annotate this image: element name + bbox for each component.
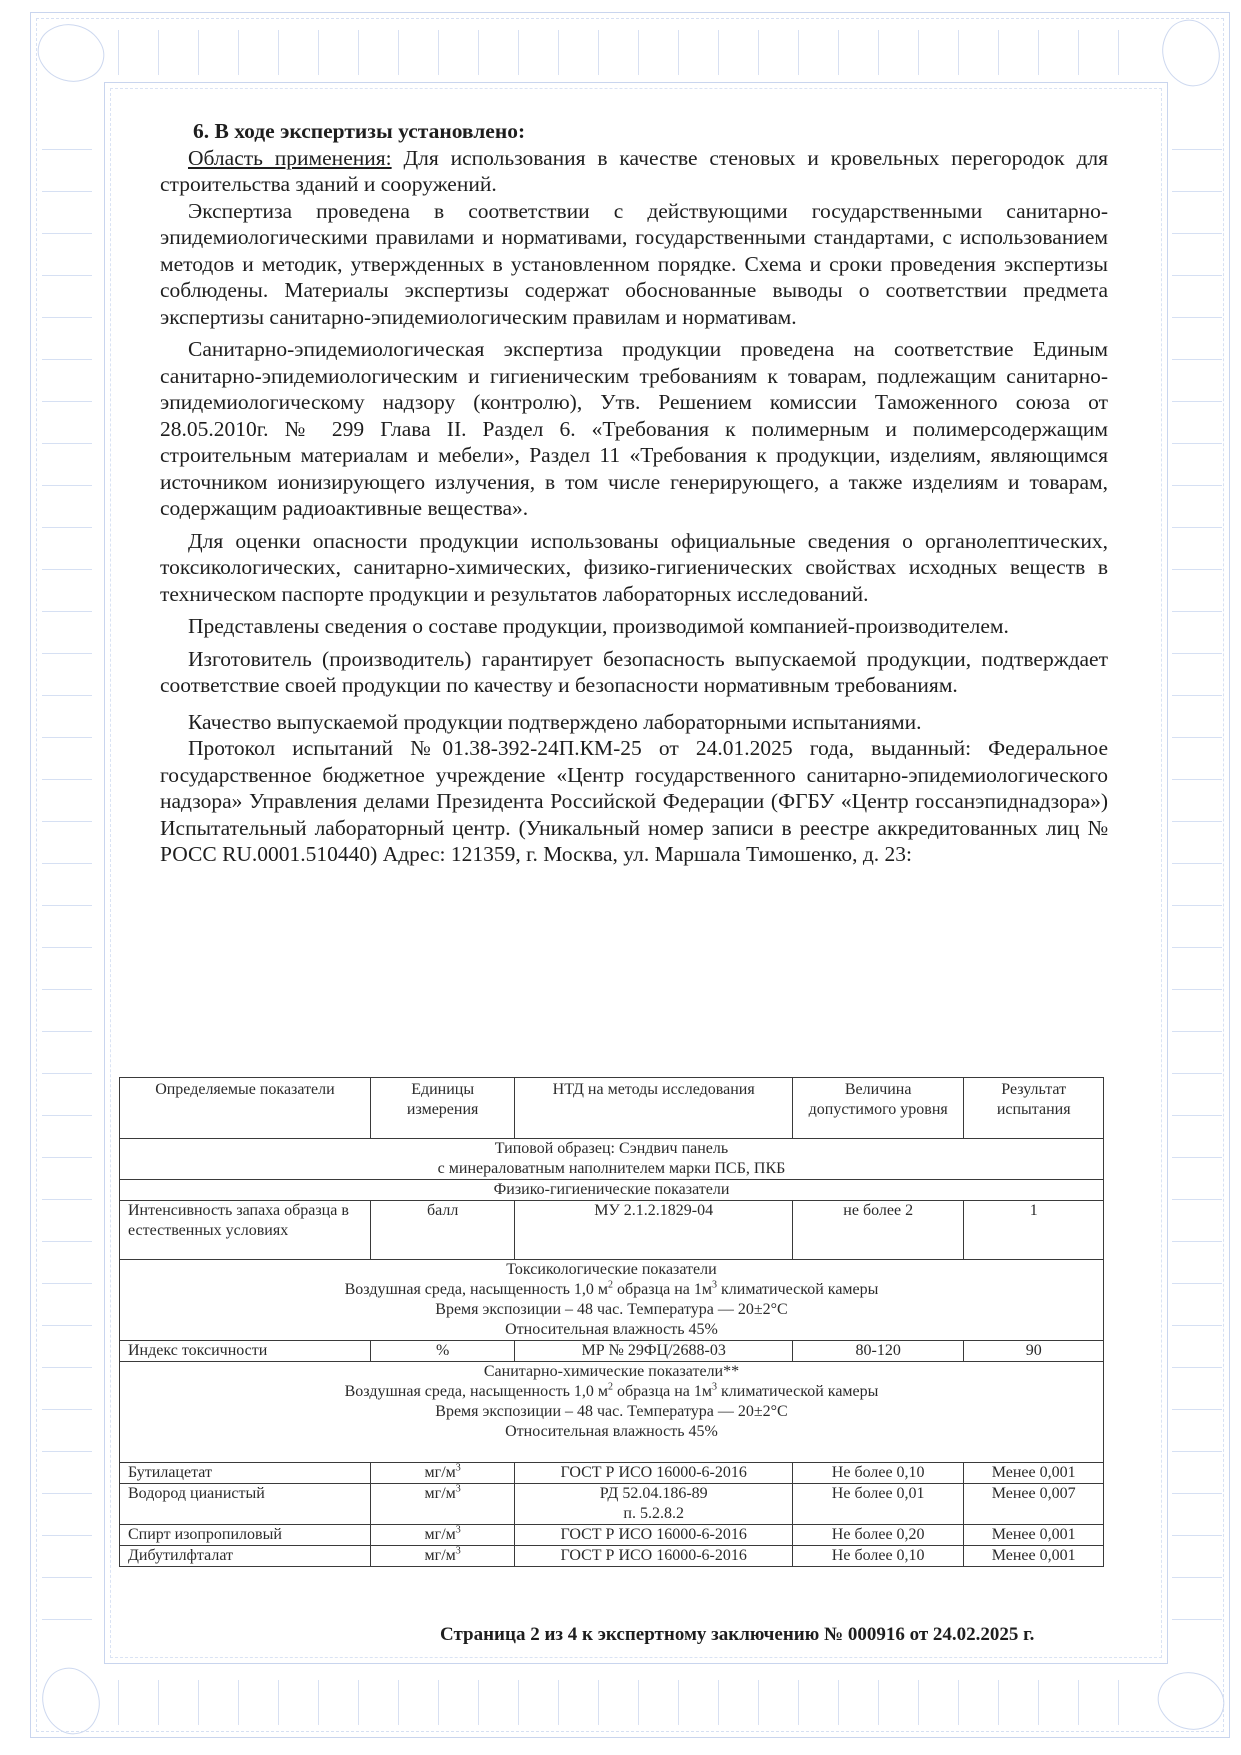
paragraph: Качество выпускаемой продукции подтвержд… xyxy=(160,709,1108,736)
header-cell: Результат испытания xyxy=(964,1078,1104,1139)
corner-ornament-icon xyxy=(29,11,114,96)
unit-cell: мг/м3 xyxy=(370,1484,515,1525)
section-heading: 6. В ходе экспертизы установлено: xyxy=(193,118,1108,145)
section-title-row: Физико-гигиенические показатели xyxy=(120,1180,1104,1201)
header-cell: НТД на методы исследования xyxy=(515,1078,793,1139)
section-title: Физико-гигиенические показатели xyxy=(120,1180,1104,1201)
table-row: Индекс токсичности % МР № 29ФЦ/2688-03 8… xyxy=(120,1341,1104,1362)
limit-cell: Не более 0,01 xyxy=(792,1484,963,1525)
indicator-cell: Бутилацетат xyxy=(120,1463,371,1484)
method-cell: МУ 2.1.2.1829-04 xyxy=(515,1201,793,1260)
result-cell: 1 xyxy=(964,1201,1104,1260)
method-cell: ГОСТ Р ИСО 16000-6-2016 xyxy=(515,1546,793,1567)
header-cell: Единицы измерения xyxy=(370,1078,515,1139)
method-cell: ГОСТ Р ИСО 16000-6-2016 xyxy=(515,1525,793,1546)
method-cell: РД 52.04.186-89п. 5.2.8.2 xyxy=(515,1484,793,1525)
ornament-band-bottom xyxy=(100,1680,1140,1725)
page-footer: Страница 2 из 4 к экспертному заключению… xyxy=(440,1624,1034,1646)
limit-cell: Не более 0,10 xyxy=(792,1546,963,1567)
table-row: Интенсивность запаха образца в естествен… xyxy=(120,1201,1104,1260)
table-row: Водород цианистыймг/м3РД 52.04.186-89п. … xyxy=(120,1484,1104,1525)
corner-ornament-icon xyxy=(1149,1659,1234,1744)
sample-row: Типовой образец: Сэндвич панель с минера… xyxy=(120,1139,1104,1180)
method-cell: ГОСТ Р ИСО 16000-6-2016 xyxy=(515,1463,793,1484)
result-cell: Менее 0,001 xyxy=(964,1525,1104,1546)
conditions-cell: Токсикологические показатели Воздушная с… xyxy=(120,1260,1104,1341)
result-cell: Менее 0,001 xyxy=(964,1463,1104,1484)
chemistry-conditions-row: Санитарно-химические показатели** Воздуш… xyxy=(120,1362,1104,1463)
scope-paragraph: Область применения: Для использования в … xyxy=(160,145,1108,198)
paragraph: Изготовитель (производитель) гарантирует… xyxy=(160,646,1108,699)
corner-ornament-icon xyxy=(1149,11,1234,96)
protocol-paragraph: Протокол испытаний №01.38-392-24П.КМ-25 … xyxy=(160,735,1108,868)
table-row: Бутилацетатмг/м3ГОСТ Р ИСО 16000-6-2016Н… xyxy=(120,1463,1104,1484)
indicator-cell: Интенсивность запаха образца в естествен… xyxy=(120,1201,371,1260)
indicator-cell: Дибутилфталат xyxy=(120,1546,371,1567)
table-row: Дибутилфталатмг/м3ГОСТ Р ИСО 16000-6-201… xyxy=(120,1546,1104,1567)
corner-ornament-icon xyxy=(29,1659,114,1744)
test-results-table: Определяемые показатели Единицы измерени… xyxy=(119,1077,1104,1567)
table-row: Спирт изопропиловыймг/м3ГОСТ Р ИСО 16000… xyxy=(120,1525,1104,1546)
paragraph: Санитарно-эпидемиологическая экспертиза … xyxy=(160,336,1108,522)
result-cell: Менее 0,001 xyxy=(964,1546,1104,1567)
result-cell: Менее 0,007 xyxy=(964,1484,1104,1525)
limit-cell: Не более 0,20 xyxy=(792,1525,963,1546)
unit-cell: мг/м3 xyxy=(370,1546,515,1567)
limit-cell: 80-120 xyxy=(792,1341,963,1362)
document-body: 6. В ходе экспертизы установлено: Област… xyxy=(160,118,1108,868)
toxicology-conditions-row: Токсикологические показатели Воздушная с… xyxy=(120,1260,1104,1341)
indicator-cell: Спирт изопропиловый xyxy=(120,1525,371,1546)
unit-cell: % xyxy=(370,1341,515,1362)
chemistry-rows: Бутилацетатмг/м3ГОСТ Р ИСО 16000-6-2016Н… xyxy=(120,1463,1104,1567)
sample-cell: Типовой образец: Сэндвич панель с минера… xyxy=(120,1139,1104,1180)
paragraph: Экспертиза проведена в соответствии с де… xyxy=(160,198,1108,331)
scope-label: Область применения: xyxy=(188,146,392,170)
limit-cell: не более 2 xyxy=(792,1201,963,1260)
table-header-row: Определяемые показатели Единицы измерени… xyxy=(120,1078,1104,1139)
unit-cell: мг/м3 xyxy=(370,1463,515,1484)
ornament-band-left xyxy=(42,110,92,1650)
unit-cell: балл xyxy=(370,1201,515,1260)
indicator-cell: Водород цианистый xyxy=(120,1484,371,1525)
conditions-cell: Санитарно-химические показатели** Воздуш… xyxy=(120,1362,1104,1463)
ornament-band-top xyxy=(100,30,1140,75)
indicator-cell: Индекс токсичности xyxy=(120,1341,371,1362)
unit-cell: мг/м3 xyxy=(370,1525,515,1546)
header-cell: Определяемые показатели xyxy=(120,1078,371,1139)
method-cell: МР № 29ФЦ/2688-03 xyxy=(515,1341,793,1362)
paragraph: Для оценки опасности продукции использов… xyxy=(160,528,1108,608)
ornament-band-right xyxy=(1172,110,1222,1650)
result-cell: 90 xyxy=(964,1341,1104,1362)
limit-cell: Не более 0,10 xyxy=(792,1463,963,1484)
paragraph: Представлены сведения о составе продукци… xyxy=(160,613,1108,640)
header-cell: Величина допустимого уровня xyxy=(792,1078,963,1139)
